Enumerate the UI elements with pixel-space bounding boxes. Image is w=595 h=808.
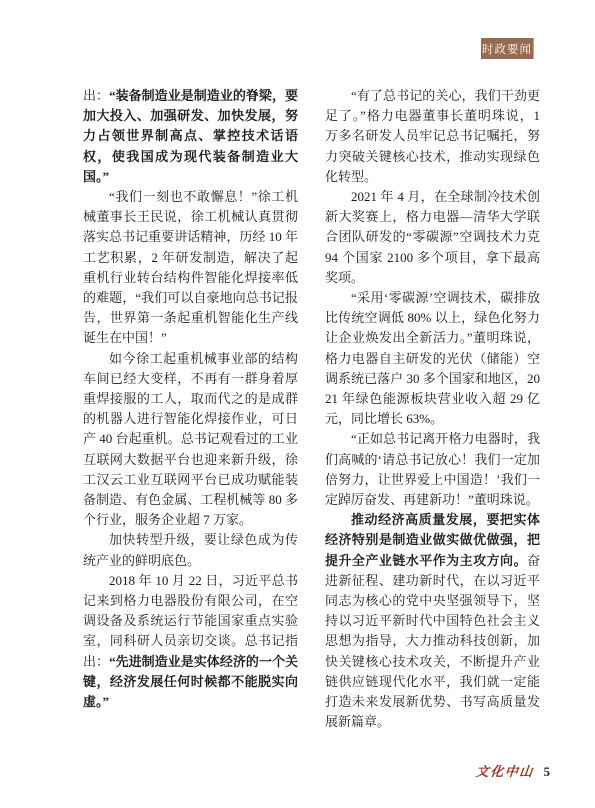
paragraph: 加快转型升级，要让绿色成为传统产业的鲜明底色。 bbox=[83, 530, 298, 570]
quote-bold-text: “装备制造业是制造业的脊梁，要加大投入、加强研发、加快发展，努力占领世界制高点、… bbox=[83, 88, 298, 184]
body-text: “有了总书记的关心，我们干劲更足了。”格力电器董事长董明珠说，1 万多名研发人员… bbox=[325, 88, 540, 184]
paragraph: “我们一刻也不敢懈息！”徐工机械董事长王民说，徐工机械认真贯彻落实总书记重要讲话… bbox=[83, 187, 298, 349]
page-footer: 文化中山 5 bbox=[476, 761, 550, 780]
body-text: “正如总书记离开格力电器时，我们高喊的‘请总书记放心！我们一定加倍努力，让世界爱… bbox=[325, 431, 540, 507]
magazine-page: 时政要闻 出：“装备制造业是制造业的脊梁，要加大投入、加强研发、加快发展，努力占… bbox=[0, 0, 595, 808]
quote-bold-text: “先进制造业是实体经济的一个关键，经济发展任何时候都不能脱实向虚。” bbox=[83, 654, 298, 709]
paragraph: “采用‘零碳源’空调技术，碳排放比传统空调低 80% 以上，绿色化努力让企业焕发… bbox=[325, 288, 540, 429]
body-text: 加快转型升级，要让绿色成为传统产业的鲜明底色。 bbox=[83, 532, 298, 567]
section-badge: 时政要闻 bbox=[481, 38, 534, 59]
body-text: 2021 年 4 月，在全球制冷技术创新大奖赛上，格力电器—清华大学联合团队研发… bbox=[325, 189, 540, 285]
paragraph: 推动经济高质量发展，要把实体经济特别是制造业做实做优做强，把提升全产业链水平作为… bbox=[325, 510, 540, 732]
body-text: “我们一刻也不敢懈息！”徐工机械董事长王民说，徐工机械认真贯彻落实总书记重要讲话… bbox=[83, 189, 298, 345]
quote-bold-text: 推动经济高质量发展，要把实体经济特别是制造业做实做优做强，把提升全产业链水平作为… bbox=[325, 512, 540, 567]
column-left: 出：“装备制造业是制造业的脊梁，要加大投入、加强研发、加快发展，努力占领世界制高… bbox=[83, 86, 298, 733]
body-text: 如今徐工起重机械事业部的结构车间已经大变样，不再有一群身着厚重焊接服的工人，取而… bbox=[83, 351, 298, 528]
body-text: 出： bbox=[83, 88, 109, 103]
paragraph: 出：“装备制造业是制造业的脊梁，要加大投入、加强研发、加快发展，努力占领世界制高… bbox=[83, 86, 298, 187]
paragraph: 如今徐工起重机械事业部的结构车间已经大变样，不再有一群身着厚重焊接服的工人，取而… bbox=[83, 349, 298, 531]
paragraph: “有了总书记的关心，我们干劲更足了。”格力电器董事长董明珠说，1 万多名研发人员… bbox=[325, 86, 540, 187]
body-text: “采用‘零碳源’空调技术，碳排放比传统空调低 80% 以上，绿色化努力让企业焕发… bbox=[325, 290, 540, 426]
article-columns: 出：“装备制造业是制造业的脊梁，要加大投入、加强研发、加快发展，努力占领世界制高… bbox=[83, 86, 540, 733]
column-right: “有了总书记的关心，我们干劲更足了。”格力电器董事长董明珠说，1 万多名研发人员… bbox=[325, 86, 540, 733]
magazine-logo: 文化中山 bbox=[475, 761, 535, 780]
page-number: 5 bbox=[544, 764, 551, 780]
body-text: 奋进新征程、建功新时代，在以习近平同志为核心的党中央坚强领导下，坚持以习近平新时… bbox=[325, 553, 540, 730]
paragraph: “正如总书记离开格力电器时，我们高喊的‘请总书记放心！我们一定加倍努力，让世界爱… bbox=[325, 429, 540, 510]
paragraph: 2018 年 10 月 22 日，习近平总书记来到格力电器股份有限公司，在空调设… bbox=[83, 571, 298, 712]
paragraph: 2021 年 4 月，在全球制冷技术创新大奖赛上，格力电器—清华大学联合团队研发… bbox=[325, 187, 540, 288]
